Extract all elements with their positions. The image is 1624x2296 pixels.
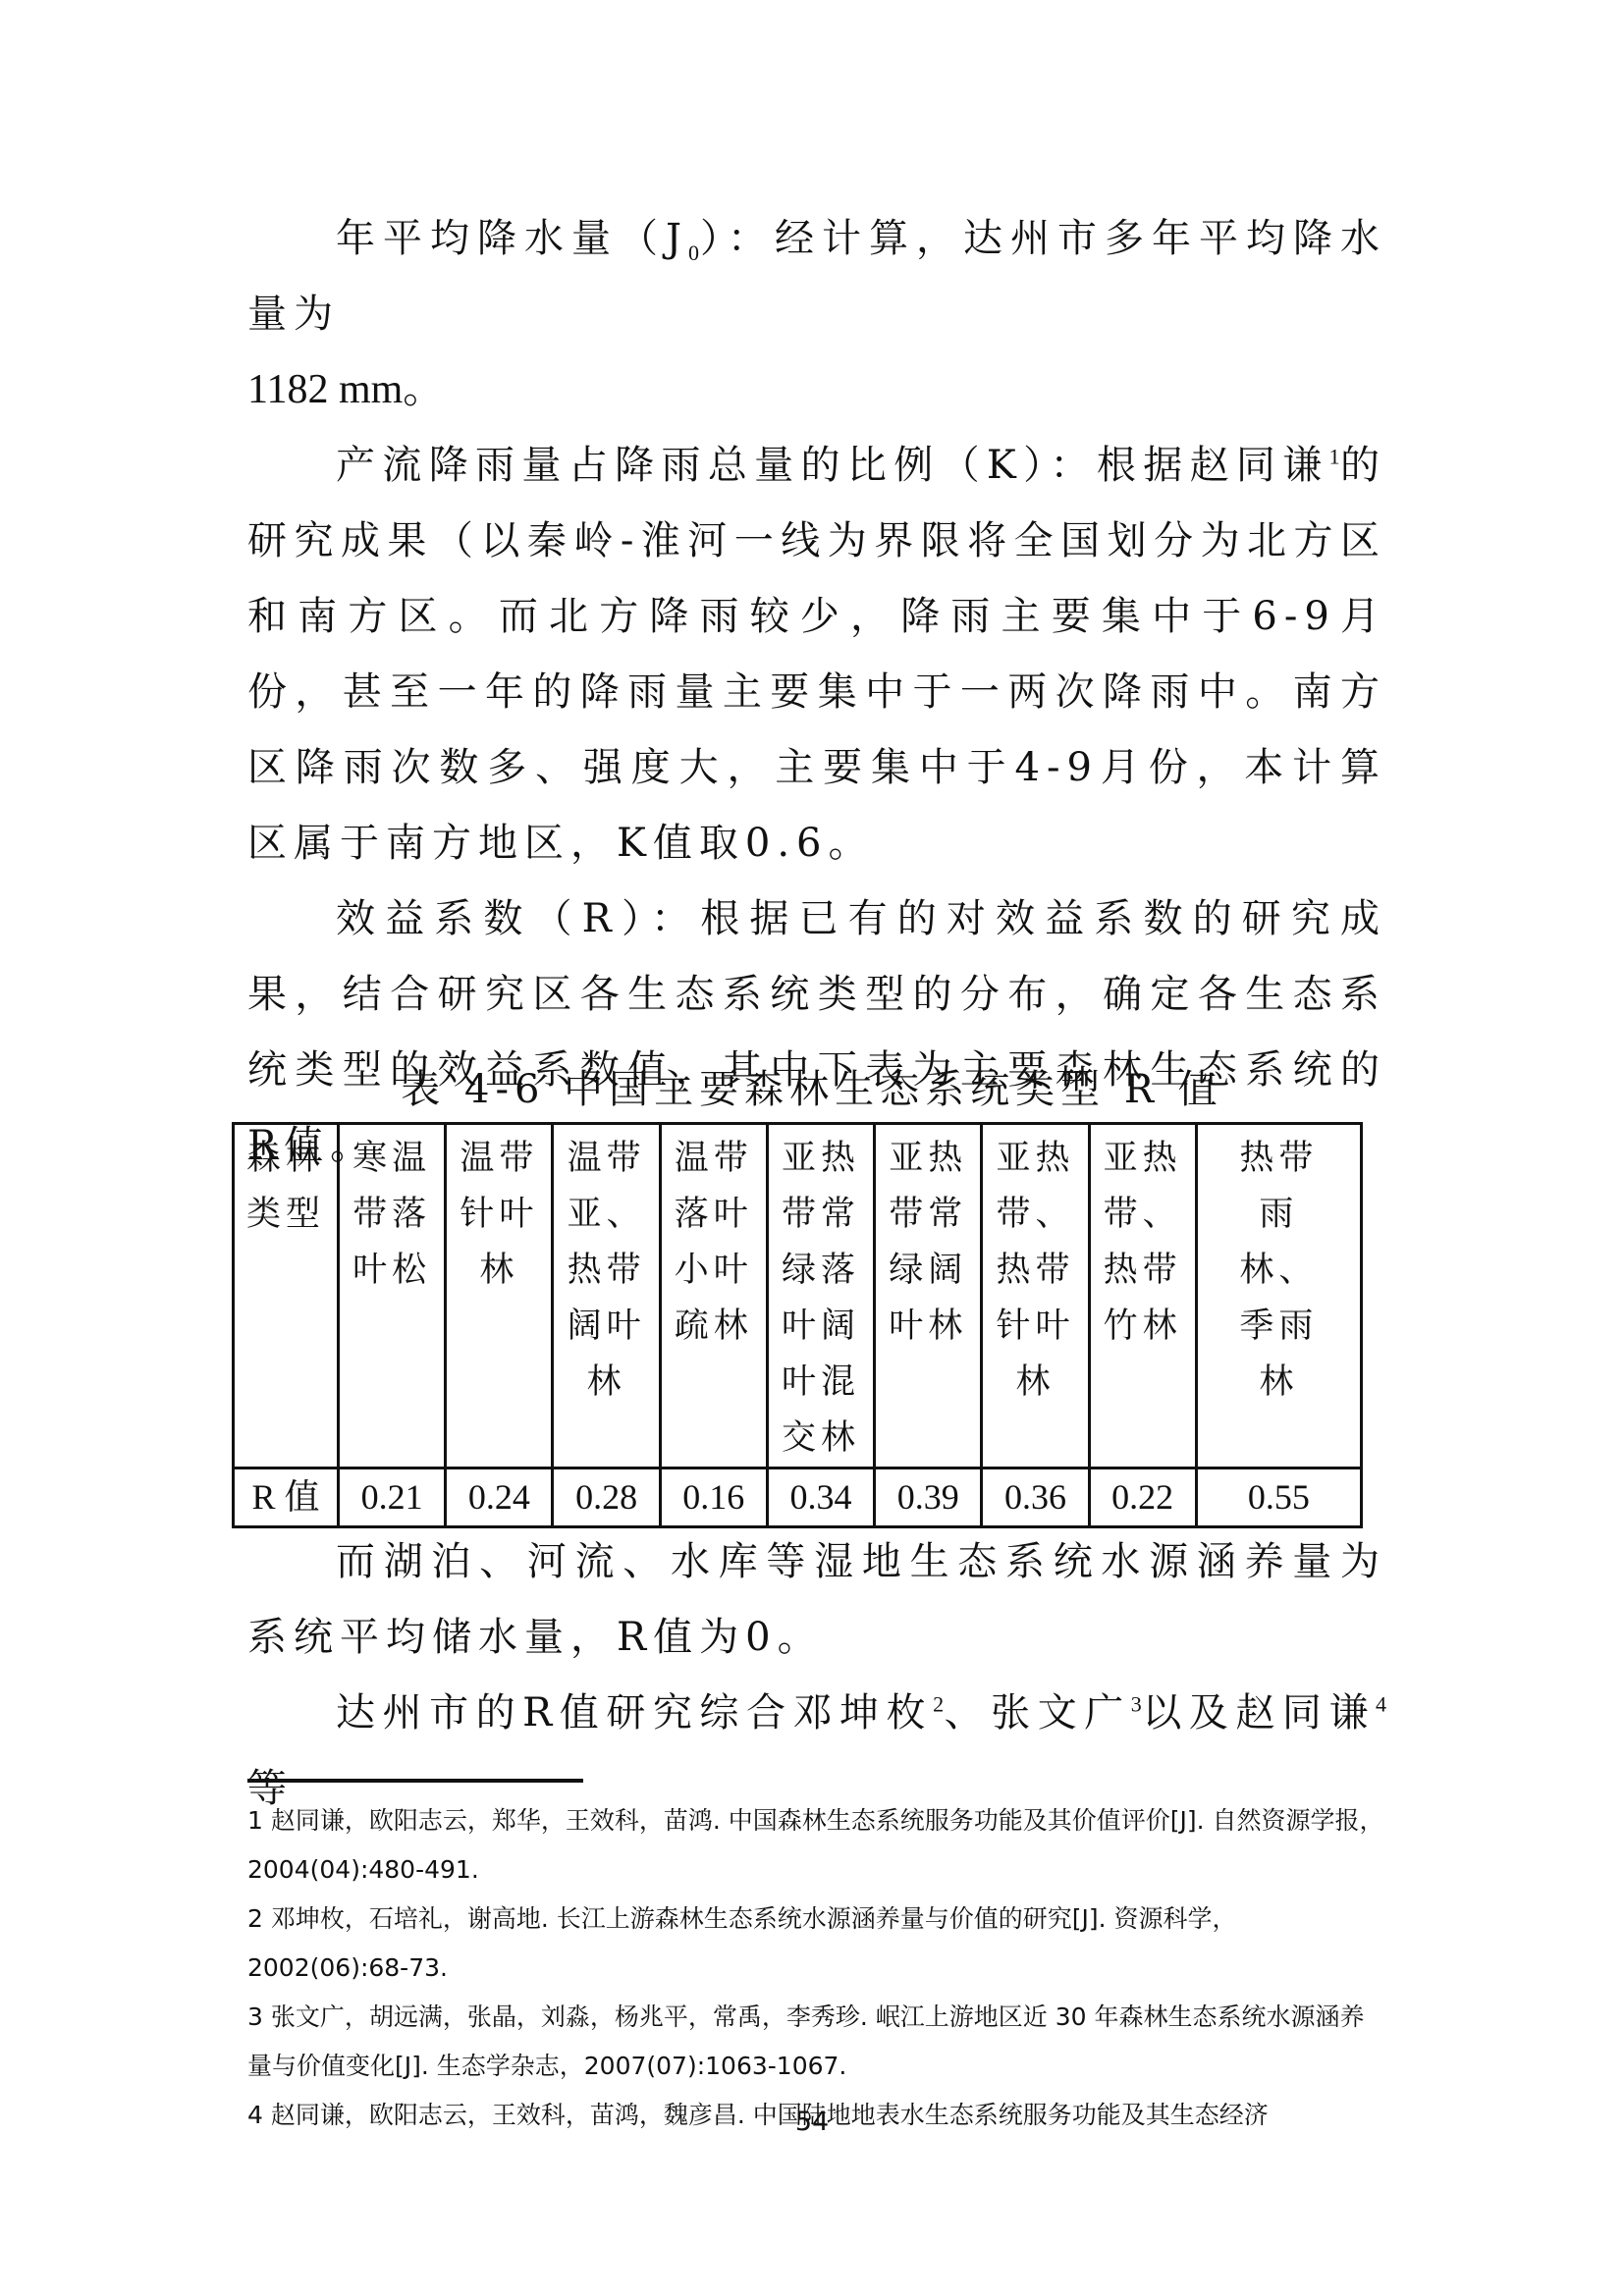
cell-text: 绿落 bbox=[773, 1243, 869, 1299]
header-cell: 温带针叶林 bbox=[446, 1124, 553, 1468]
cell-text: 林 bbox=[451, 1243, 547, 1299]
value-cell: 0.36 bbox=[982, 1468, 1089, 1527]
text-span: 达州市的R值研究综合邓坤枚 bbox=[336, 1690, 933, 1735]
footnote-ref[interactable]: 1 bbox=[1329, 445, 1340, 469]
header-cell: 亚热带常绿阔叶林 bbox=[875, 1124, 982, 1468]
cell-text: 林、 bbox=[1202, 1243, 1356, 1299]
paragraph-runoff-ratio: 产流降雨量占降雨总量的比例（K）：根据赵同谦1的研究成果（以秦岭-淮河一线为界限… bbox=[247, 428, 1386, 881]
cell-text: 热带 bbox=[1095, 1243, 1191, 1299]
footnote-2: 2 邓坤枚，石培礼，谢高地. 长江上游森林生态系统水源涵养量与价值的研究[J].… bbox=[247, 1895, 1386, 1993]
text-span: 年平均降水量（J bbox=[336, 216, 688, 261]
header-cell: 热带雨林、季雨林 bbox=[1196, 1124, 1361, 1468]
cell-text: 雨 bbox=[1202, 1187, 1356, 1243]
value-cell: 0.16 bbox=[660, 1468, 767, 1527]
header-cell: 亚热带、热带竹林 bbox=[1089, 1124, 1196, 1468]
paragraph-wetland: 而湖泊、河流、水库等湿地生态系统水源涵养量为系统平均储水量，R值为0。 bbox=[247, 1524, 1386, 1676]
cell-text: 竹林 bbox=[1095, 1299, 1191, 1355]
cell-text: 林 bbox=[1202, 1355, 1356, 1411]
cell-text: 类型 bbox=[239, 1187, 333, 1243]
cell-text: 疏林 bbox=[666, 1299, 762, 1355]
header-cell: 森林类型 bbox=[234, 1124, 339, 1468]
cell-text: 叶松 bbox=[344, 1243, 440, 1299]
cell-text: 热带 bbox=[987, 1243, 1083, 1299]
table-value-row: R 值 0.21 0.24 0.28 0.16 0.34 0.39 0.36 0… bbox=[234, 1468, 1362, 1527]
cell-text: 叶林 bbox=[880, 1299, 976, 1355]
footnote-separator bbox=[247, 1779, 583, 1783]
cell-text: 亚、 bbox=[558, 1187, 654, 1243]
cell-text: 叶阔 bbox=[773, 1299, 869, 1355]
cell-text: 亚热 bbox=[1095, 1131, 1191, 1187]
footnote-3: 3 张文广，胡远满，张晶，刘淼，杨兆平，常禹，李秀珍. 岷江上游地区近 30 年… bbox=[247, 1993, 1386, 2091]
header-cell: 亚热带常绿落叶阔叶混交林 bbox=[767, 1124, 874, 1468]
cell-text: 带常 bbox=[773, 1187, 869, 1243]
cell-text: 热带 bbox=[558, 1243, 654, 1299]
cell-text: 林 bbox=[987, 1355, 1083, 1411]
body-text-upper: 年平均降水量（J0）：经计算，达州市多年平均降水量为1182 mm。 产流降雨量… bbox=[247, 201, 1386, 1184]
cell-text: 林 bbox=[558, 1355, 654, 1411]
header-cell: 寒温带落叶松 bbox=[339, 1124, 446, 1468]
footnote-ref[interactable]: 2 bbox=[933, 1692, 944, 1717]
cell-text: 针叶 bbox=[987, 1299, 1083, 1355]
text-span: 以及赵同谦 bbox=[1142, 1690, 1376, 1735]
value-cell: 0.22 bbox=[1089, 1468, 1196, 1527]
cell-text: 温带 bbox=[558, 1131, 654, 1187]
value-cell: 0.21 bbox=[339, 1468, 446, 1527]
header-cell: 温带落叶小叶疏林 bbox=[660, 1124, 767, 1468]
cell-text: 交林 bbox=[773, 1411, 869, 1467]
cell-text: 针叶 bbox=[451, 1187, 547, 1243]
cell-text: 亚热 bbox=[987, 1131, 1083, 1187]
footnotes: 1 赵同谦，欧阳志云，郑华，王效科，苗鸿. 中国森林生态系统服务功能及其价值评价… bbox=[247, 1796, 1386, 2140]
cell-text: 森林 bbox=[239, 1131, 333, 1187]
footnote-1: 1 赵同谦，欧阳志云，郑华，王效科，苗鸿. 中国森林生态系统服务功能及其价值评价… bbox=[247, 1796, 1386, 1895]
page-number: 54 bbox=[0, 2107, 1624, 2137]
document-page: 年平均降水量（J0）：经计算，达州市多年平均降水量为1182 mm。 产流降雨量… bbox=[0, 0, 1624, 2296]
value-cell: 0.24 bbox=[446, 1468, 553, 1527]
text-span: 的研究成果（以秦岭-淮河一线为界限将全国划分为北方区和南方区。而北方降雨较少，降… bbox=[247, 443, 1386, 866]
subscript: 0 bbox=[688, 240, 699, 265]
cell-text: 带、 bbox=[987, 1187, 1083, 1243]
cell-text: 亚热 bbox=[773, 1131, 869, 1187]
cell-text: 温带 bbox=[451, 1131, 547, 1187]
value-cell: 0.39 bbox=[875, 1468, 982, 1527]
row-label-cell: R 值 bbox=[234, 1468, 339, 1527]
cell-text: 寒温 bbox=[344, 1131, 440, 1187]
cell-text: 绿阔 bbox=[880, 1243, 976, 1299]
table-caption: 表 4-6 中国主要森林生态系统类型 R 值 bbox=[0, 1058, 1624, 1114]
r-value-table: 森林类型 寒温带落叶松 温带针叶林 温带亚、热带阔叶林 温带落叶小叶疏林 亚热带… bbox=[232, 1122, 1363, 1528]
table-header-row: 森林类型 寒温带落叶松 温带针叶林 温带亚、热带阔叶林 温带落叶小叶疏林 亚热带… bbox=[234, 1124, 1362, 1468]
cell-text: 小叶 bbox=[666, 1243, 762, 1299]
cell-text: 温带 bbox=[666, 1131, 762, 1187]
paragraph-annual-precipitation: 年平均降水量（J0）：经计算，达州市多年平均降水量为1182 mm。 bbox=[247, 201, 1386, 428]
text-span: 1182 mm。 bbox=[247, 367, 444, 412]
text-span: 、张文广 bbox=[944, 1690, 1131, 1735]
header-cell: 亚热带、热带针叶林 bbox=[982, 1124, 1089, 1468]
footnote-ref[interactable]: 3 bbox=[1131, 1692, 1142, 1717]
cell-text: 带、 bbox=[1095, 1187, 1191, 1243]
footnote-ref[interactable]: 4 bbox=[1376, 1692, 1386, 1717]
value-cell: 0.55 bbox=[1196, 1468, 1361, 1527]
cell-text: 热带 bbox=[1202, 1131, 1356, 1187]
cell-text: 叶混 bbox=[773, 1355, 869, 1411]
value-cell: 0.28 bbox=[553, 1468, 660, 1527]
cell-text: 季雨 bbox=[1202, 1299, 1356, 1355]
cell-text: 亚热 bbox=[880, 1131, 976, 1187]
value-cell: 0.34 bbox=[767, 1468, 874, 1527]
cell-text: 带常 bbox=[880, 1187, 976, 1243]
header-cell: 温带亚、热带阔叶林 bbox=[553, 1124, 660, 1468]
cell-text: 阔叶 bbox=[558, 1299, 654, 1355]
cell-text: 带落 bbox=[344, 1187, 440, 1243]
text-span: 产流降雨量占降雨总量的比例（K）：根据赵同谦 bbox=[336, 443, 1329, 488]
cell-text: 落叶 bbox=[666, 1187, 762, 1243]
